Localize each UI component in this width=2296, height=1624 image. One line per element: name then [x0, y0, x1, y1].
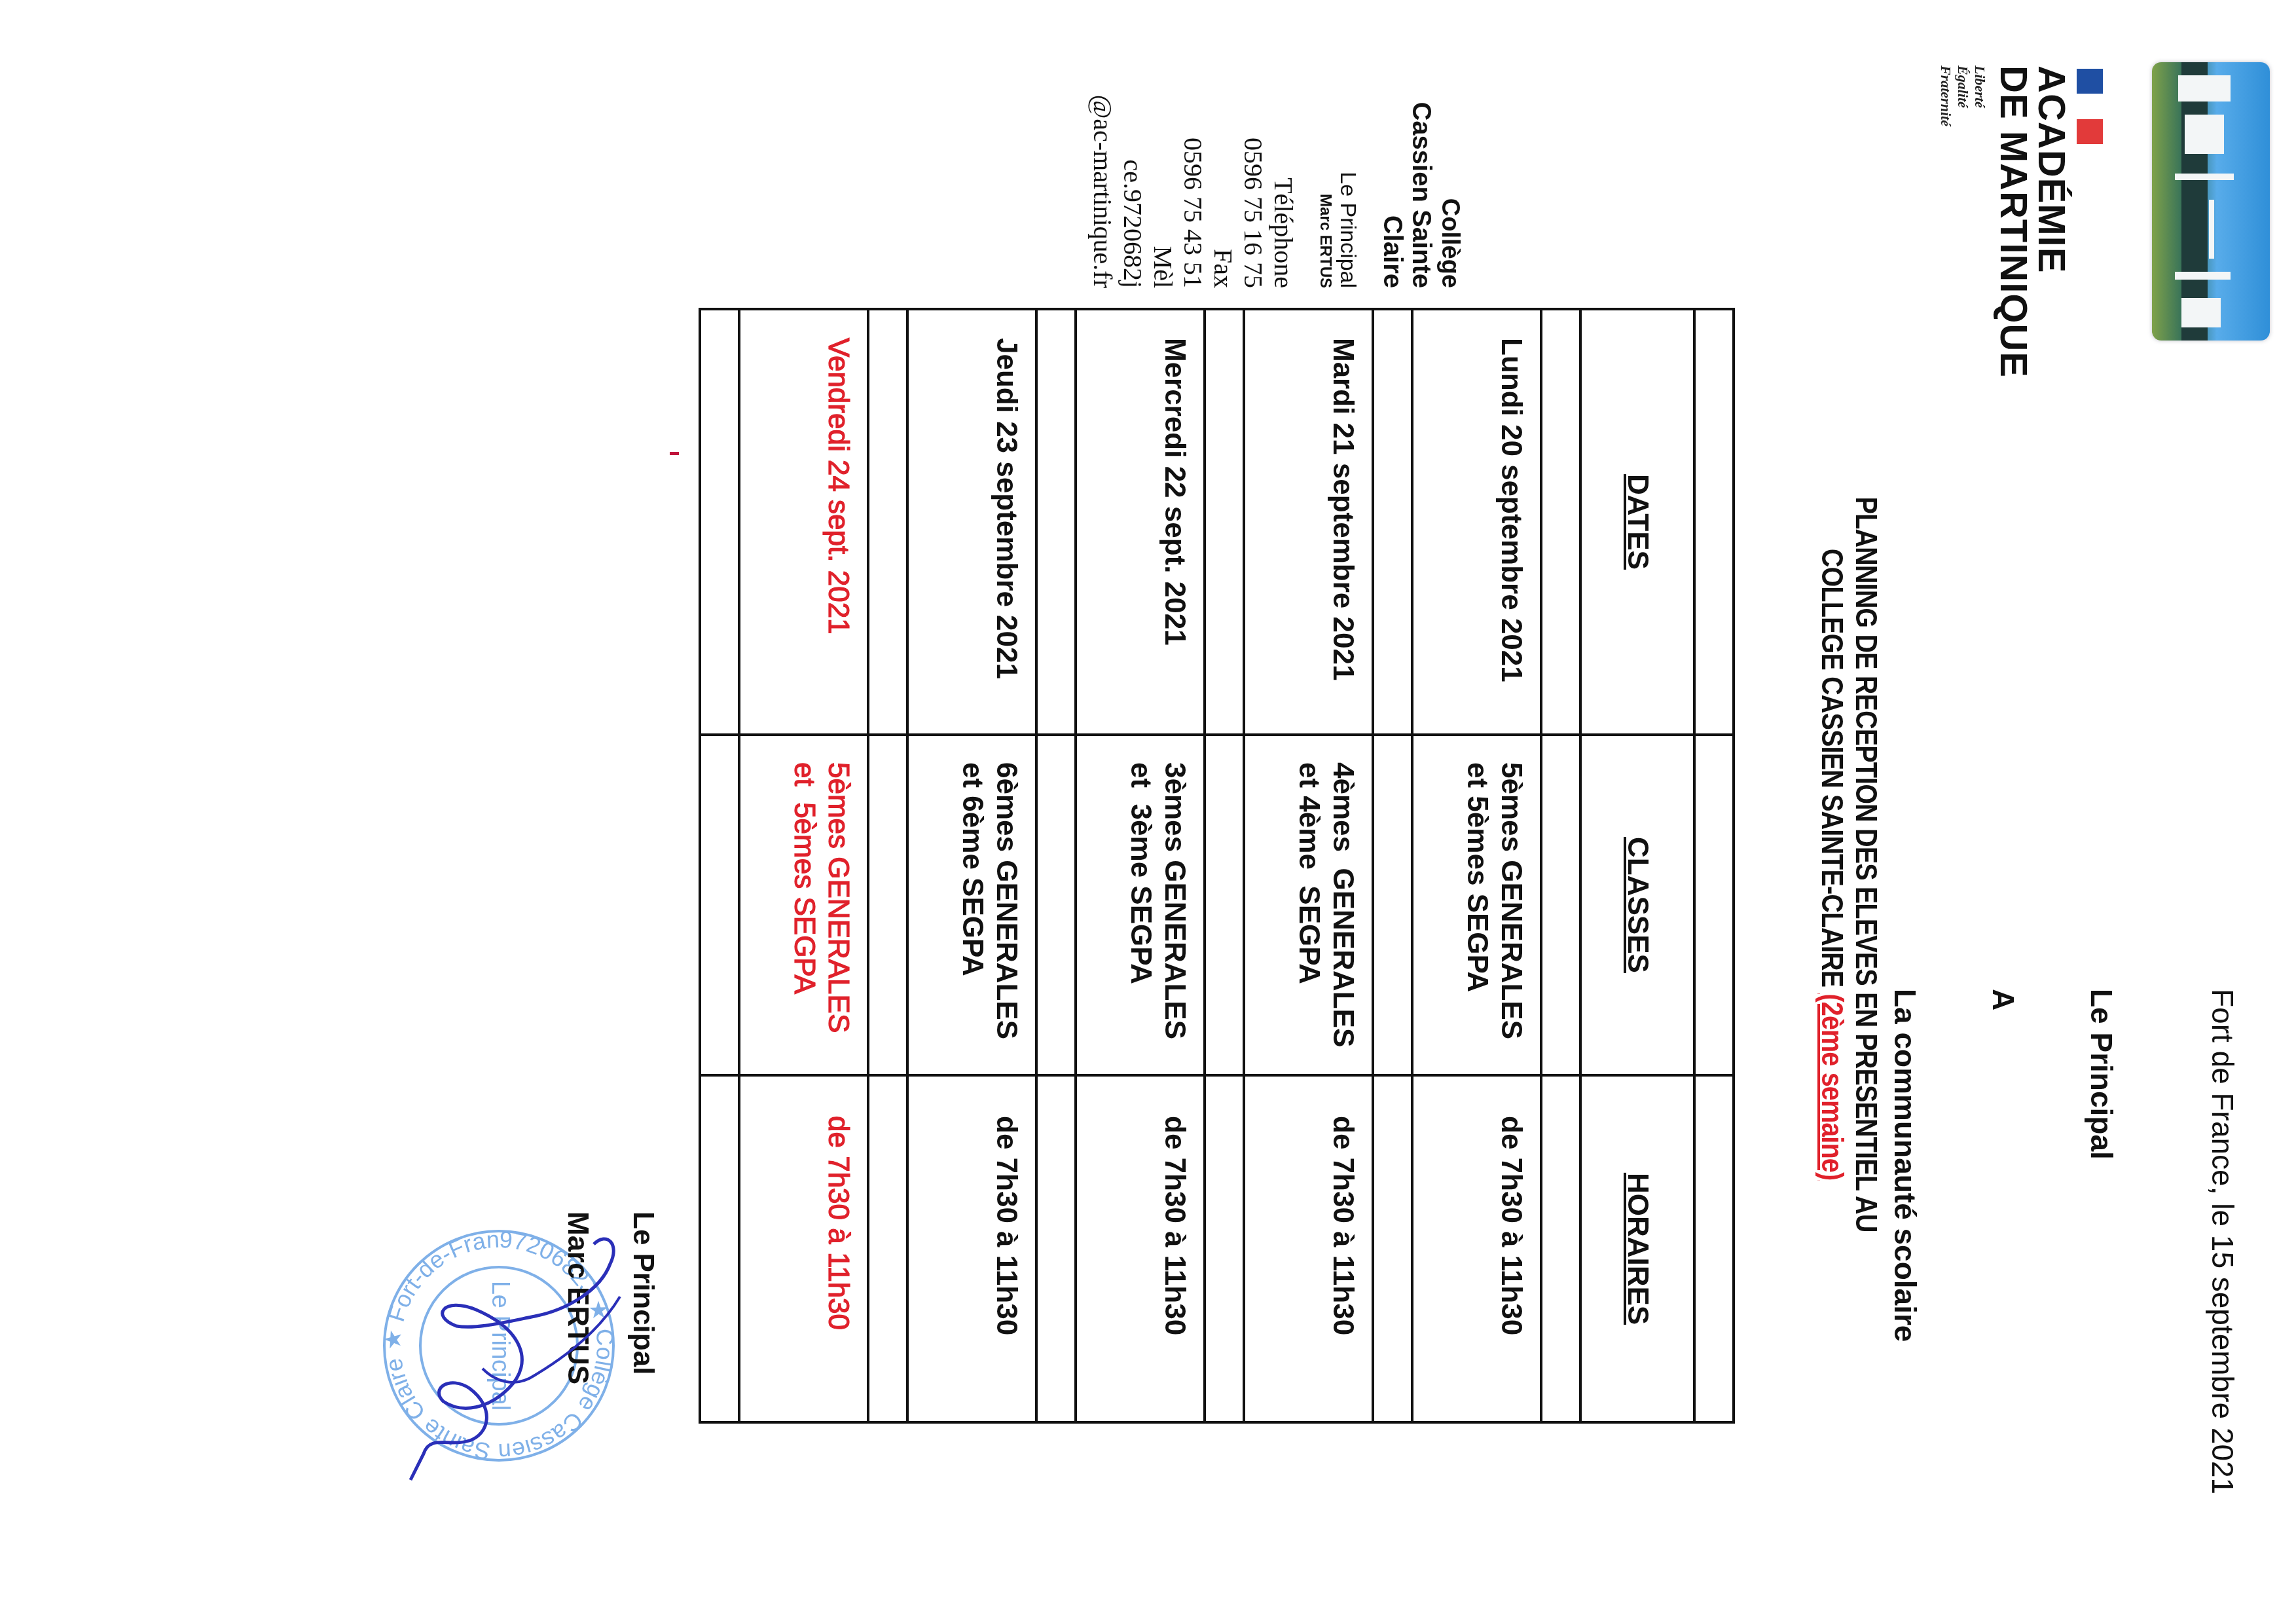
table-spacer-row: [1541, 309, 1580, 1422]
phone-label: Téléphone: [1268, 39, 1298, 288]
spacer-cell: [1036, 735, 1076, 1075]
spacer-cell: [1541, 309, 1580, 735]
table-spacer-row: [868, 309, 907, 1422]
phone-number: 0596 75 16 75: [1238, 39, 1268, 288]
table-row: Jeudi 23 septembre 20216èmes GENERALESet…: [907, 309, 1036, 1422]
spacer-cell: [1205, 735, 1244, 1075]
header-classes: CLASSES: [1580, 735, 1694, 1075]
principal-name: Marc ERTUS: [1315, 39, 1335, 288]
principal-role: Le Principal: [1335, 39, 1361, 288]
hours-cell: de 7h30 à 11h30: [1076, 1075, 1205, 1422]
spacer-cell: [1205, 1075, 1244, 1422]
school-photo: [2152, 62, 2270, 341]
classes-cell: 3èmes GENERALESet 3ème SEGPA: [1076, 735, 1205, 1075]
republic-motto: Liberté Égalité Fraternité: [1937, 65, 1988, 126]
classes-line1: 3èmes GENERALES: [1157, 762, 1192, 1067]
spacer-cell: [700, 1075, 739, 1422]
table-spacer-row: [1036, 309, 1076, 1422]
fax-label: Fax: [1208, 39, 1238, 288]
title-week-accent: (2ème semaine): [1815, 993, 1850, 1180]
hours-cell: de 7h30 à 11h30: [1412, 1075, 1541, 1422]
date-cell: Mercredi 22 sept. 2021: [1076, 309, 1205, 735]
spacer-cell: [868, 735, 907, 1075]
spacer-cell: [868, 1075, 907, 1422]
motto-egalite: Égalité: [1954, 65, 1971, 126]
sender: Le Principal: [2084, 989, 2119, 1160]
spacer-cell: [700, 735, 739, 1075]
classes-line1: 4èmes GENERALES: [1326, 762, 1360, 1067]
hours-cell: de 7h30 à 11h30: [739, 1075, 868, 1422]
red-mark: [670, 452, 679, 455]
title-line1: PLANNING DE RECEPTION DES ELEVES EN PRES…: [1850, 386, 1884, 1343]
motto-fraternite: Fraternité: [1937, 65, 1954, 126]
classes-line1: 5èmes GENERALES: [1494, 762, 1528, 1067]
classes-line1: 6èmes GENERALES: [989, 762, 1023, 1067]
classes-line2: et 4ème SEGPA: [1292, 762, 1326, 1067]
table-header-row: DATES CLASSES HORAIRES: [1580, 309, 1694, 1422]
contact-sidebar: Collège Cassien Sainte Claire Le Princip…: [1087, 39, 1465, 288]
date-cell: Jeudi 23 septembre 2021: [907, 309, 1036, 735]
handwritten-signature-icon: [397, 1218, 646, 1493]
email-domain: @ac-martinique.fr: [1087, 39, 1118, 288]
classes-line2: et 5èmes SEGPA: [787, 762, 821, 1067]
spacer-cell: [1205, 309, 1244, 735]
date-cell: Lundi 20 septembre 2021: [1412, 309, 1541, 735]
table-row: Mercredi 22 sept. 20213èmes GENERALESet …: [1076, 309, 1205, 1422]
classes-line2: et 6ème SEGPA: [955, 762, 989, 1067]
email-label: Mèl: [1148, 39, 1178, 288]
date-cell: Mardi 21 septembre 2021: [1244, 309, 1373, 735]
spacer-cell: [1373, 309, 1412, 735]
classes-cell: 5èmes GENERALESet 5èmes SEGPA: [739, 735, 868, 1075]
email-local-part: ce.9720682j: [1118, 39, 1148, 288]
hours-cell: de 7h30 à 11h30: [1244, 1075, 1373, 1422]
academy-name-line1: ACADÉMIE: [2032, 65, 2070, 378]
header-hours: HORAIRES: [1580, 1075, 1694, 1422]
classes-line2: et 5èmes SEGPA: [1460, 762, 1494, 1067]
recipient: La communauté scolaire: [1887, 989, 1923, 1342]
table-row: Lundi 20 septembre 20215èmes GENERALESet…: [1412, 309, 1541, 1422]
date-cell: Vendredi 24 sept. 2021: [739, 309, 868, 735]
classes-cell: 5èmes GENERALESet 5èmes SEGPA: [1412, 735, 1541, 1075]
table-spacer-row: [1694, 309, 1734, 1422]
classes-cell: 4èmes GENERALESet 4ème SEGPA: [1244, 735, 1373, 1075]
header-dates: DATES: [1580, 309, 1694, 735]
table-spacer-row: [700, 309, 739, 1422]
marianne-flag-icon: [2077, 69, 2103, 144]
document-title: PLANNING DE RECEPTION DES ELEVES EN PRES…: [1815, 386, 1884, 1343]
table-spacer-row: [1373, 309, 1412, 1422]
classes-cell: 6èmes GENERALESet 6ème SEGPA: [907, 735, 1036, 1075]
spacer-cell: [1036, 1075, 1076, 1422]
spacer-cell: [1541, 1075, 1580, 1422]
document-page: ACADÉMIE DE MARTINIQUE Liberté Égalité F…: [0, 0, 2296, 1624]
table-row: Vendredi 24 sept. 20215èmes GENERALESet …: [739, 309, 868, 1422]
classes-line1: 5èmes GENERALES: [821, 762, 855, 1067]
recipient-prefix: A: [1986, 989, 2021, 1010]
spacer-cell: [700, 309, 739, 735]
fax-number: 0596 75 43 51: [1178, 39, 1208, 288]
college-name: Cassien Sainte Claire: [1378, 39, 1436, 288]
spacer-cell: [868, 309, 907, 735]
academy-name-line2: DE MARTINIQUE: [1994, 65, 2032, 378]
college-label: Collège: [1436, 39, 1465, 288]
place-and-date: Fort de France, le 15 septembre 2021: [2205, 989, 2240, 1494]
spacer-cell: [1373, 1075, 1412, 1422]
classes-line2: et 3ème SEGPA: [1123, 762, 1157, 1067]
academy-name: ACADÉMIE DE MARTINIQUE: [1994, 65, 2070, 378]
spacer-cell: [1373, 735, 1412, 1075]
title-line2: COLLEGE CASSIEN SAINTE-CLAIRE (2ème sema…: [1815, 386, 1850, 1343]
hours-cell: de 7h30 à 11h30: [907, 1075, 1036, 1422]
table-spacer-row: [1205, 309, 1244, 1422]
spacer-cell: [1036, 309, 1076, 735]
schedule-table: DATES CLASSES HORAIRES Lundi 20 septembr…: [699, 308, 1735, 1424]
table-row: Mardi 21 septembre 20214èmes GENERALESet…: [1244, 309, 1373, 1422]
title-college: COLLEGE CASSIEN SAINTE-CLAIRE: [1815, 549, 1850, 987]
spacer-cell: [1541, 735, 1580, 1075]
motto-liberte: Liberté: [1971, 65, 1988, 126]
